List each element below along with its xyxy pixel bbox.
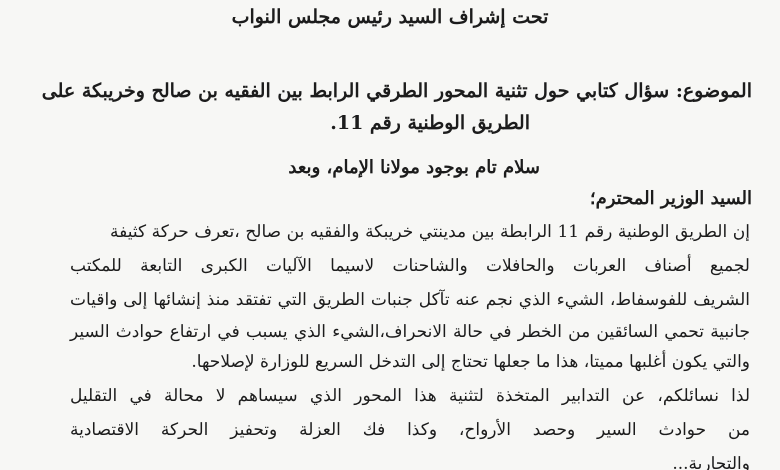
paragraph2-line3: والتجارية... (672, 454, 750, 470)
subject-line-1: الموضوع: سؤال كتابي حول تثنية المحور الط… (42, 80, 752, 102)
supervision-header: تحت إشراف السيد رئيس مجلس النواب (0, 6, 780, 28)
addressee: السيد الوزير المحترم؛ (590, 188, 752, 209)
paragraph1-line2: لجميع أصناف العربات والحافلات والشاحنات … (70, 256, 750, 276)
paragraph2-line1: لذا نسائلكم، عن التدابير المتخذة لتثنية … (70, 386, 750, 406)
paragraph1-line1: إن الطريق الوطنية رقم 11 الرابطة بين مدي… (110, 222, 750, 242)
scanned-letter-page: تحت إشراف السيد رئيس مجلس النواب الموضوع… (0, 0, 780, 470)
paragraph1-line3: الشريف للفوسفاط، الشيء الذي نجم عنه تآكل… (70, 290, 750, 310)
subject-line-2: الطريق الوطنية رقم 11. (330, 112, 530, 134)
paragraph2-line2: من حوادث السير وحصد الأرواح، وكذا فك الع… (70, 420, 750, 440)
salutation: سلام تام بوجود مولانا الإمام، وبعد (288, 157, 540, 178)
paragraph1-line5: والتي يكون أغلبها مميتا، هذا ما جعلها تح… (191, 352, 750, 372)
paragraph1-line4: جانبية تحمي السائقين من الخطر في حالة ال… (70, 322, 750, 342)
